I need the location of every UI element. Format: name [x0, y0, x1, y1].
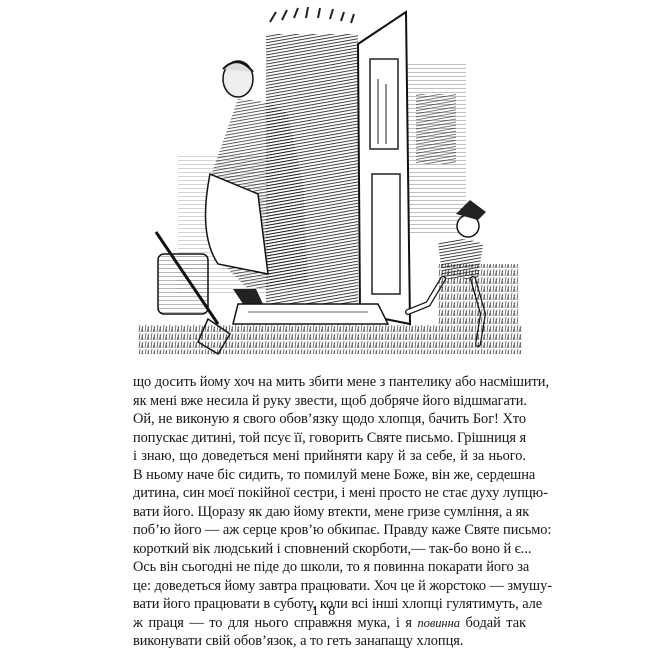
- text-line: виконувати свій обов’язок, а то геть зан…: [133, 632, 526, 650]
- text-line: Ой, не виконую я свого обов’язку щодо хл…: [133, 410, 526, 429]
- page-number: 1 8: [0, 604, 650, 620]
- text-line: вати його. Щоразу як даю йому втекти, ме…: [133, 503, 526, 522]
- text-line: короткий вік людський і сповнений скорбо…: [133, 540, 526, 559]
- illustration-drawing: [138, 4, 522, 356]
- text-line: поб’ю його — аж серце кров’ю обкипає. Пр…: [133, 521, 526, 540]
- text-line: В ньому наче біс сидить, то помилуй мене…: [133, 466, 526, 485]
- text-line: Ось він сьогодні не піде до школи, то я …: [133, 558, 526, 577]
- text-line: це: доведеться йому завтра працювати. Хо…: [133, 577, 526, 596]
- engraving-illustration: [138, 4, 522, 356]
- text-line: дитина, син моєї покійної сестри, і мені…: [133, 484, 526, 503]
- text-line: попускає дитині, той псує її, говорить С…: [133, 429, 526, 448]
- text-line: і знаю, що доведеться мені прийняти кару…: [133, 447, 526, 466]
- text-line: як мені вже несила й руку звести, щоб до…: [133, 392, 526, 411]
- text-line: що досить йому хоч на мить збити мене з …: [133, 373, 526, 392]
